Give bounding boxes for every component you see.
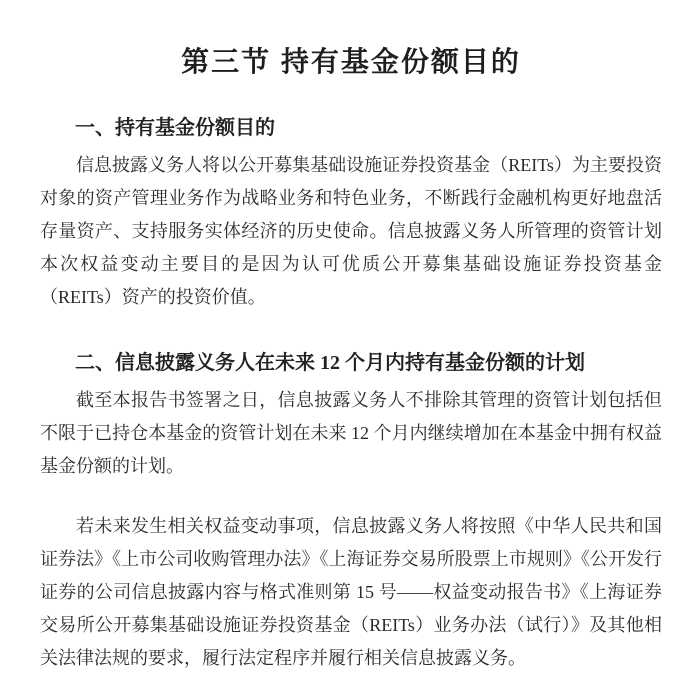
section-2-heading: 二、信息披露义务人在未来 12 个月内持有基金份额的计划 (40, 348, 662, 378)
document-title: 第三节 持有基金份额目的 (40, 42, 662, 82)
section-1-paragraph-1: 信息披露义务人将以公开募集基础设施证券投资基金（REITs）为主要投资对象的资产… (40, 149, 662, 314)
section-1-heading: 一、持有基金份额目的 (40, 113, 662, 143)
document-page: 第三节 持有基金份额目的 一、持有基金份额目的 信息披露义务人将以公开募集基础设… (0, 0, 700, 679)
section-2-paragraph-2: 若未来发生相关权益变动事项，信息披露义务人将按照《中华人民共和国证券法》《上市公… (40, 510, 662, 675)
section-2-paragraph-1: 截至本报告书签署之日，信息披露义务人不排除其管理的资管计划包括但不限于已持仓本基… (40, 384, 662, 483)
